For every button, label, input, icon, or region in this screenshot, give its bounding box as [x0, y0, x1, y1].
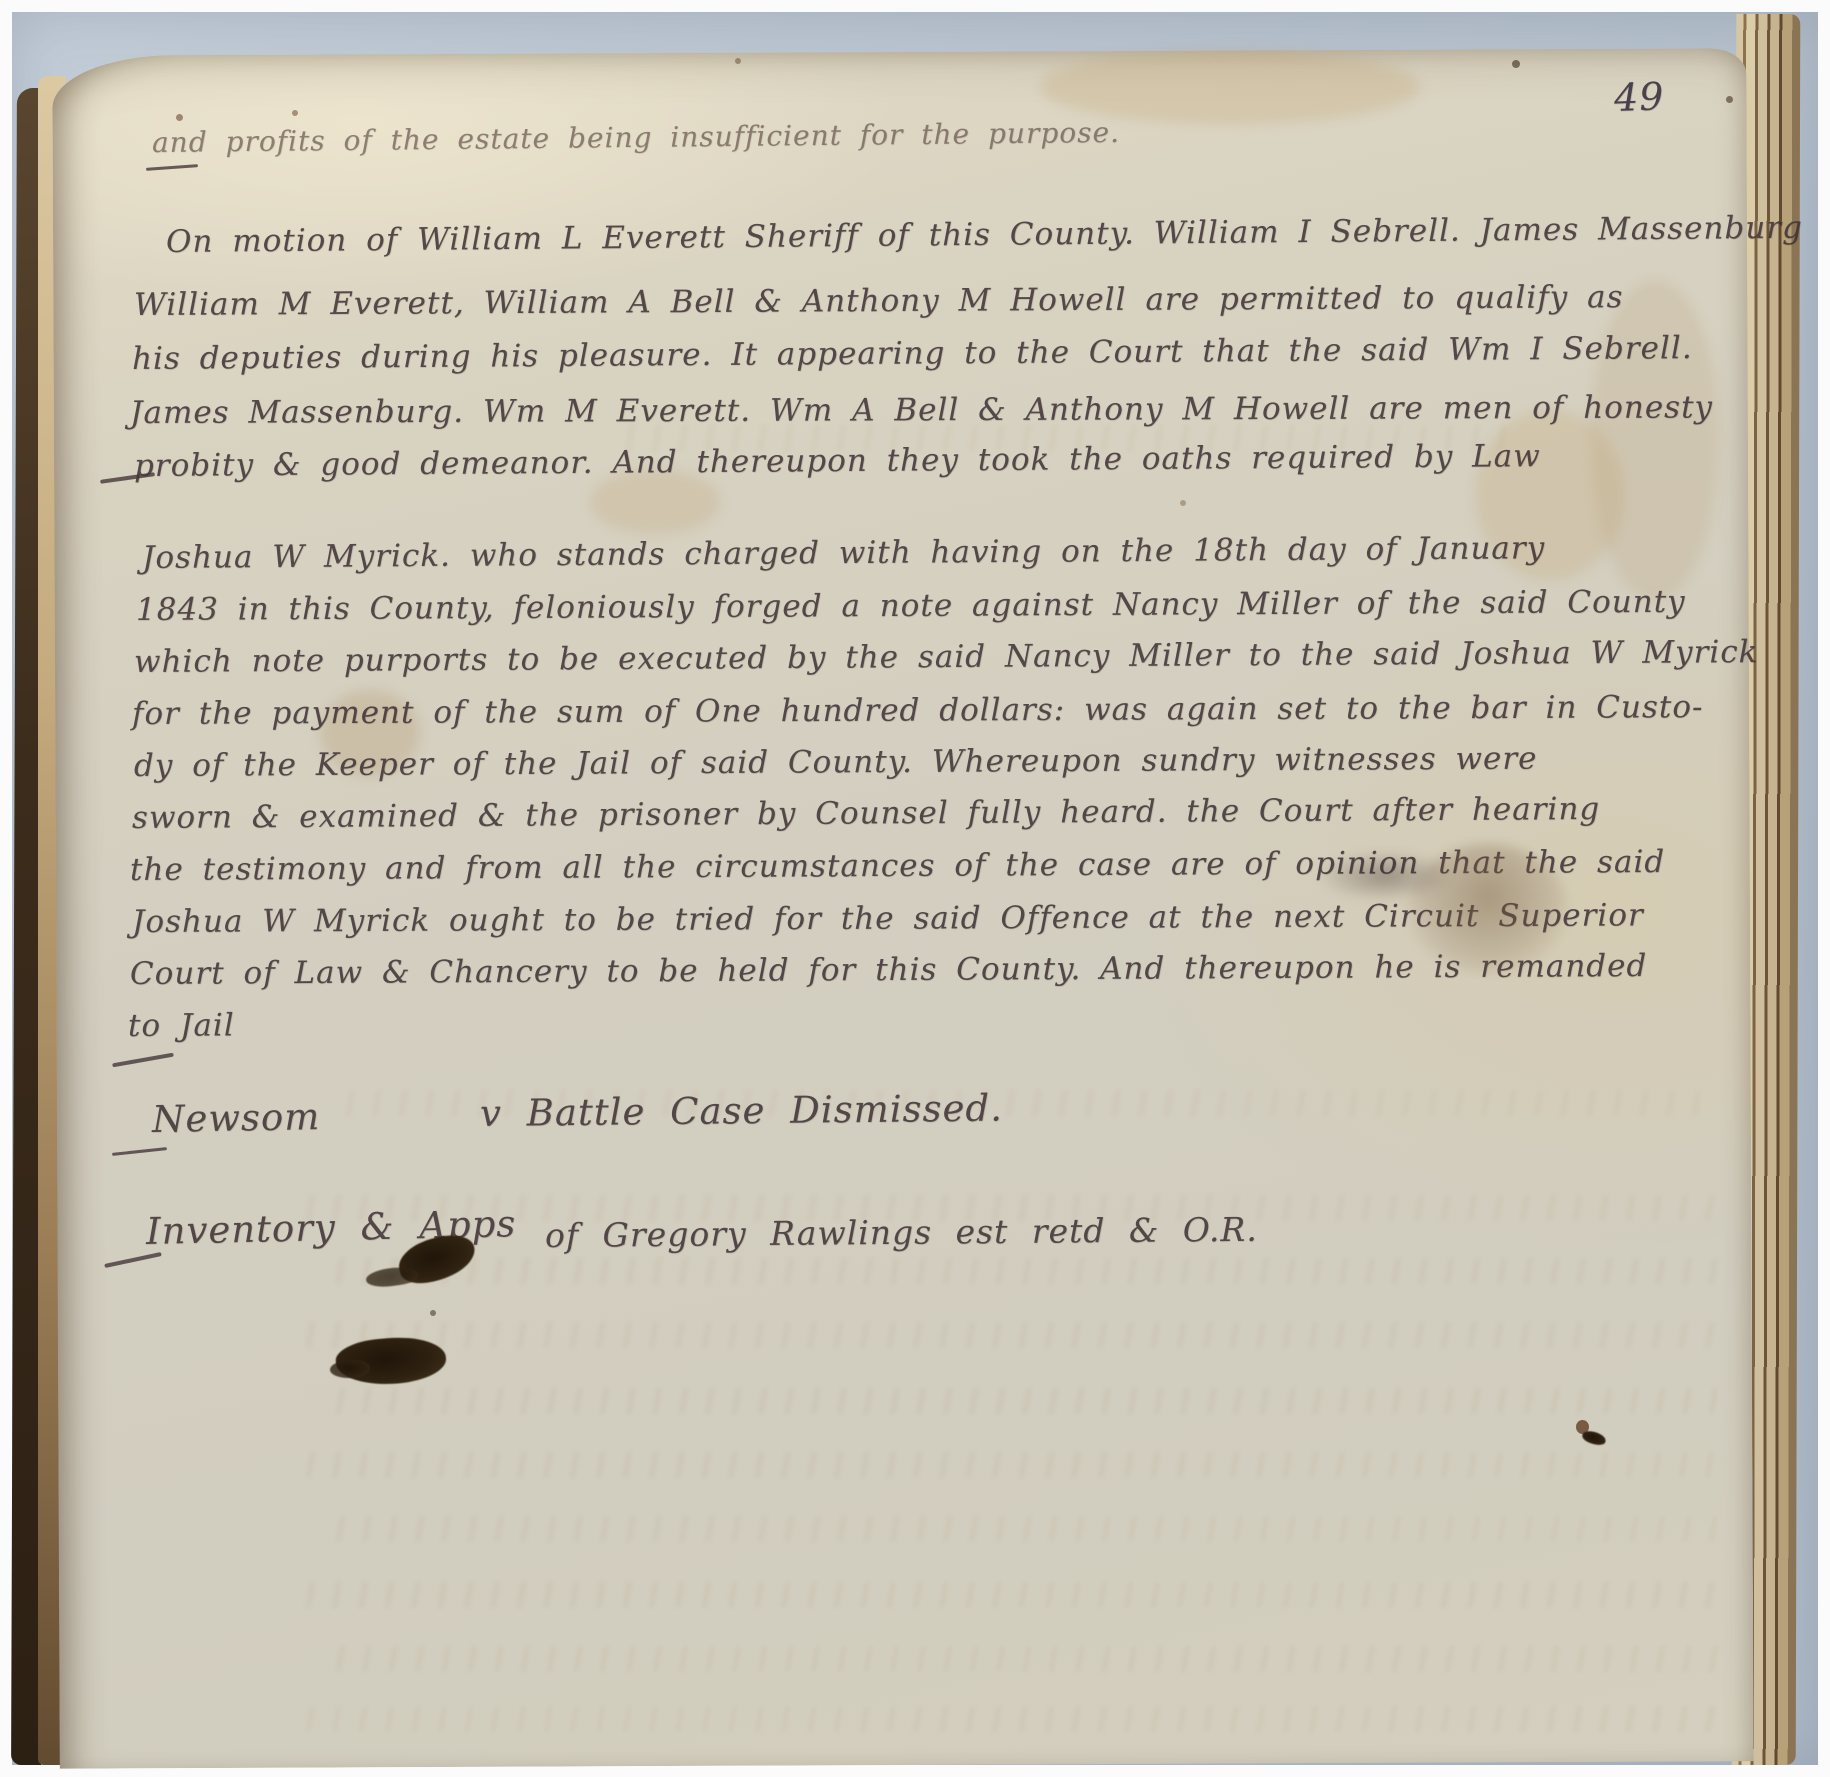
foxing-dot [176, 114, 183, 121]
stain-spot [1590, 280, 1720, 600]
bleed-through [330, 1258, 1720, 1284]
foxing-dot [735, 58, 741, 64]
manuscript-line: to Jail [128, 1007, 235, 1044]
bleed-through [300, 1582, 1730, 1608]
bleed-through [330, 1516, 1720, 1542]
page-number: 49 [1613, 74, 1665, 120]
manuscript-line: for the payment of the sum of One hundre… [132, 689, 1704, 732]
manuscript-line: of Gregory Rawlings est retd & O.R. [545, 1210, 1258, 1255]
stain-spot [1040, 50, 1420, 124]
manuscript-line: dy of the Keeper of the Jail of said Cou… [134, 741, 1538, 784]
bleed-through [330, 1646, 1720, 1672]
bleed-through [300, 1322, 1720, 1348]
bleed-through [330, 1388, 1720, 1414]
manuscript-photo: 49 and profits of the estate being insuf… [0, 0, 1830, 1777]
ink-blot [330, 1360, 370, 1378]
foxing-dot [430, 1310, 436, 1316]
foxing-dot [1726, 96, 1733, 103]
manuscript-line: Newsom [152, 1095, 321, 1141]
ink-smudge [1320, 852, 1450, 900]
bleed-through [300, 1452, 1720, 1478]
foxing-dot [1180, 500, 1186, 506]
manuscript-line: James Massenburg. Wm M Everett. Wm A Bel… [130, 389, 1713, 431]
foxing-dot [292, 110, 298, 116]
bleed-through [300, 1706, 1730, 1732]
manuscript-line: v Battle Case Dismissed. [480, 1087, 1003, 1135]
foxing-dot [1512, 60, 1520, 68]
